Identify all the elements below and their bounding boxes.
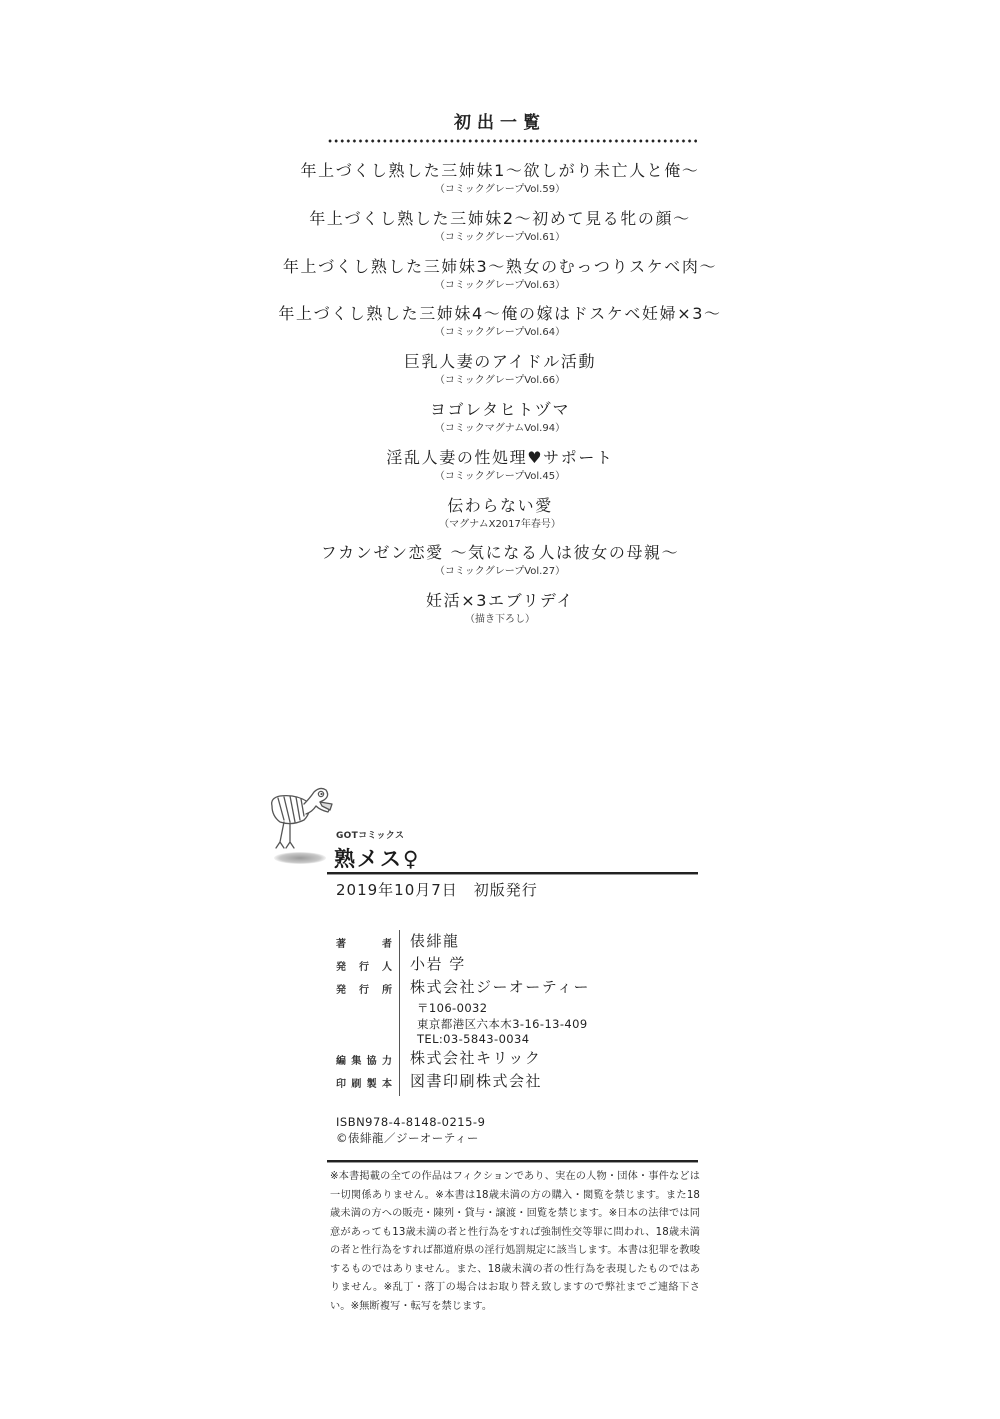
toc-entry: 年上づくし熟した三姉妹3～熟女のむっつりスケベ肉～ （コミックグレープVol.6… [0, 254, 1000, 302]
credits-block-lower: 編 集 協 力 株式会社キリック 印 刷 製 本 図書印刷株式会社 [336, 1047, 716, 1093]
toc-entry: ヨゴレタヒトヅマ （コミックマグナムVol.94） [0, 397, 1000, 445]
toc-entry-source: （コミックグレープVol.59） [0, 184, 1000, 196]
toc-entry: フカンゼン恋愛 ～気になる人は彼女の母親～ （コミックグレープVol.27） [0, 540, 1000, 588]
toc-entry-title: 年上づくし熟した三姉妹4～俺の嫁はドスケベ妊婦×3～ [0, 301, 1000, 327]
postal-code: 〒106-0032 [417, 1001, 588, 1017]
label-char: 発 [336, 981, 346, 996]
legal-notice: ※本書掲載の全ての作品はフィクションであり、実在の人物・団体・事件などは一切関係… [330, 1168, 700, 1316]
label-char: 製 [367, 1075, 377, 1090]
label-char: 編 [336, 1052, 346, 1067]
book-title: 熟メス♀ [334, 843, 420, 873]
credit-label: 編 集 協 力 [336, 1052, 392, 1067]
toc-entry-title: 淫乱人妻の性処理♥サポート [0, 445, 1000, 471]
label-char: 所 [382, 981, 392, 996]
imprint-label: GOTコミックス [336, 828, 404, 841]
credit-value: 株式会社ジーオーティー [410, 976, 590, 997]
bird-logo-icon [268, 786, 338, 866]
isbn-block: ISBN978-4-8148-0215-9 ©俵緋龍／ジーオーティー [336, 1114, 485, 1146]
dotted-divider [327, 139, 697, 143]
toc-title: 初出一覧 [0, 108, 1000, 133]
toc-entry-title: 巨乳人妻のアイドル活動 [0, 349, 1000, 375]
label-char: 行 [359, 958, 369, 973]
telephone: TEL:03-5843-0034 [417, 1032, 588, 1048]
label-char: 著 [336, 935, 346, 950]
label-char: 行 [359, 981, 369, 996]
toc-entry-title: 年上づくし熟した三姉妹3～熟女のむっつりスケベ肉～ [0, 254, 1000, 280]
label-char: 発 [336, 958, 346, 973]
divider-rule [327, 1160, 698, 1162]
credit-row-printing: 印 刷 製 本 図書印刷株式会社 [336, 1070, 716, 1093]
toc-entry-source: （描き下ろし） [0, 614, 1000, 626]
label-char: 刷 [351, 1075, 361, 1090]
credit-label: 著 者 [336, 935, 392, 950]
credit-row-editorial: 編 集 協 力 株式会社キリック [336, 1047, 716, 1070]
isbn: ISBN978-4-8148-0215-9 [336, 1114, 485, 1130]
toc-entry-title: フカンゼン恋愛 ～気になる人は彼女の母親～ [0, 540, 1000, 566]
toc-entry-source: （コミックグレープVol.64） [0, 327, 1000, 339]
credit-label: 発 行 所 [336, 981, 392, 996]
toc-entry-title: 妊活×3エブリデイ [0, 588, 1000, 614]
label-char: 印 [336, 1075, 346, 1090]
toc-entry: 妊活×3エブリデイ （描き下ろし） [0, 588, 1000, 636]
label-char: 集 [351, 1052, 361, 1067]
toc-entry-source: （コミックグレープVol.61） [0, 232, 1000, 244]
toc-entry-title: ヨゴレタヒトヅマ [0, 397, 1000, 423]
label-char: 協 [367, 1052, 377, 1067]
label-char: 本 [382, 1075, 392, 1090]
street-address: 東京都港区六本木3-16-13-409 [417, 1017, 588, 1033]
toc-entry: 巨乳人妻のアイドル活動 （コミックグレープVol.66） [0, 349, 1000, 397]
edition-date: 2019年10月7日 初版発行 [336, 879, 538, 900]
toc-entry: 伝わらない愛 （マグナムX2017年春号） [0, 493, 1000, 541]
credit-value: 株式会社キリック [410, 1047, 541, 1068]
toc-entry-source: （コミックグレープVol.66） [0, 375, 1000, 387]
toc-entry: 年上づくし熟した三姉妹1～欲しがり未亡人と俺～ （コミックグレープVol.59） [0, 158, 1000, 206]
credit-row-author: 著 者 俵緋龍 [336, 930, 716, 953]
copyright: ©俵緋龍／ジーオーティー [336, 1130, 485, 1146]
toc-entry-title: 伝わらない愛 [0, 493, 1000, 519]
label-char: 者 [382, 935, 392, 950]
credit-value: 俵緋龍 [410, 930, 460, 951]
toc-entry-source: （マグナムX2017年春号） [0, 519, 1000, 531]
toc-entry-source: （コミックマグナムVol.94） [0, 423, 1000, 435]
publisher-address: 〒106-0032 東京都港区六本木3-16-13-409 TEL:03-584… [417, 1001, 588, 1048]
toc-entry-source: （コミックグレープVol.63） [0, 280, 1000, 292]
toc-entry: 年上づくし熟した三姉妹4～俺の嫁はドスケベ妊婦×3～ （コミックグレープVol.… [0, 301, 1000, 349]
toc-entries: 年上づくし熟した三姉妹1～欲しがり未亡人と俺～ （コミックグレープVol.59）… [0, 158, 1000, 636]
label-char: 人 [382, 958, 392, 973]
toc-entry: 年上づくし熟した三姉妹2～初めて見る牝の顔～ （コミックグレープVol.61） [0, 206, 1000, 254]
credit-label: 印 刷 製 本 [336, 1075, 392, 1090]
credit-value: 小岩 学 [410, 953, 466, 974]
credit-row-publisher-person: 発 行 人 小岩 学 [336, 953, 716, 976]
credit-label: 発 行 人 [336, 958, 392, 973]
toc-entry-title: 年上づくし熟した三姉妹1～欲しがり未亡人と俺～ [0, 158, 1000, 184]
credit-row-publisher: 発 行 所 株式会社ジーオーティー [336, 976, 716, 999]
toc-entry: 淫乱人妻の性処理♥サポート （コミックグレープVol.45） [0, 445, 1000, 493]
credit-value: 図書印刷株式会社 [410, 1070, 542, 1091]
credits-block: 著 者 俵緋龍 発 行 人 小岩 学 発 行 所 株式会社ジーオーティー [336, 930, 716, 999]
toc-entry-title: 年上づくし熟した三姉妹2～初めて見る牝の顔～ [0, 206, 1000, 232]
toc-entry-source: （コミックグレープVol.45） [0, 471, 1000, 483]
label-char: 力 [382, 1052, 392, 1067]
divider-rule [327, 872, 698, 874]
toc-entry-source: （コミックグレープVol.27） [0, 566, 1000, 578]
